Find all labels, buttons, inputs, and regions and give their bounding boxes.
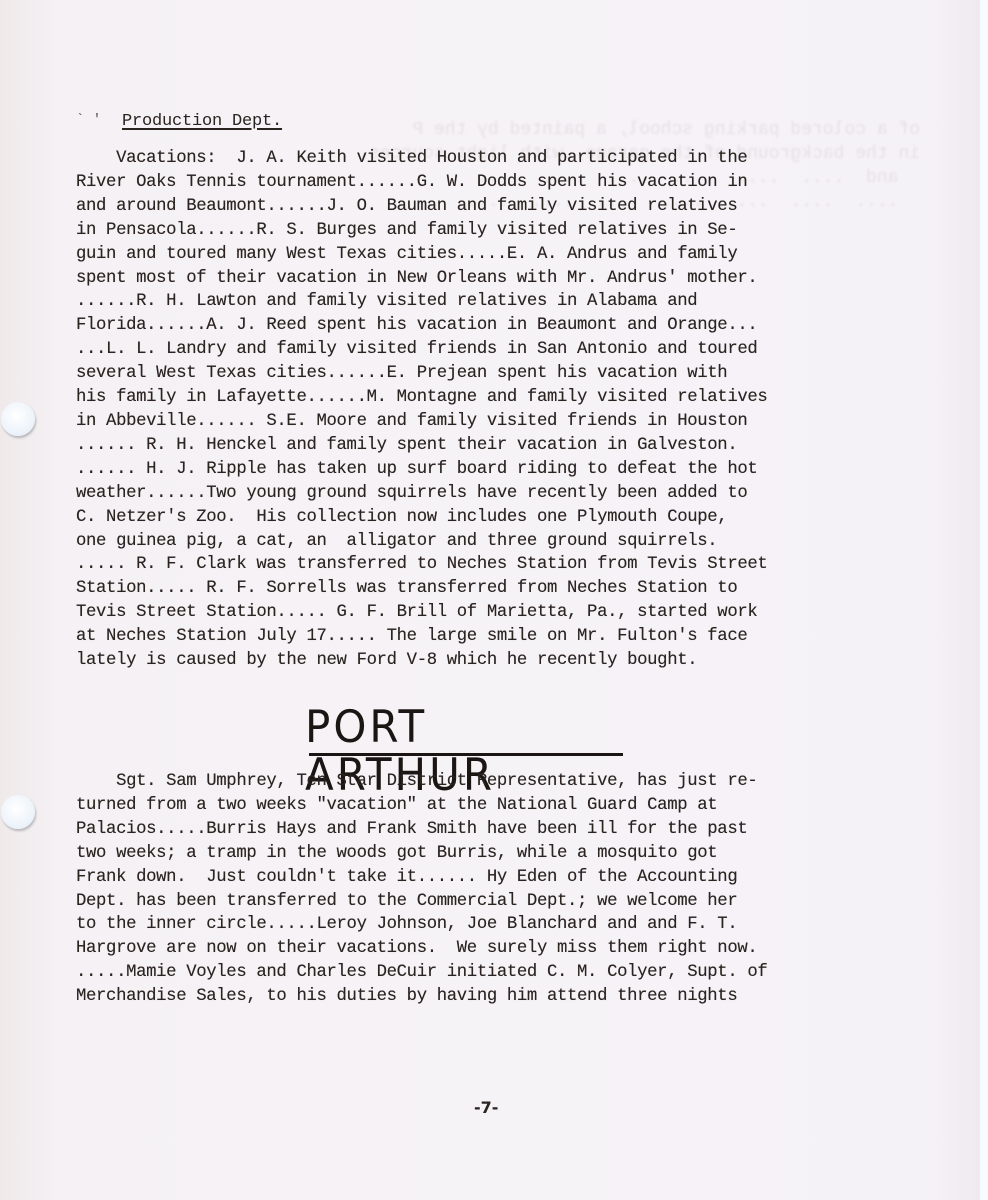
- text-line: ..... R. F. Clark was transferred to Nec…: [76, 553, 916, 577]
- text-line: guin and toured many West Texas cities..…: [76, 243, 916, 267]
- section-heading-production: Production Dept.: [122, 112, 282, 131]
- port-arthur-paragraph: Sgt. Sam Umphrey, Ten Star District Repr…: [76, 770, 916, 1009]
- page-edge: [980, 0, 988, 1200]
- text-line: Station..... R. F. Sorrells was transfer…: [76, 577, 916, 601]
- text-line: Sgt. Sam Umphrey, Ten Star District Repr…: [76, 770, 916, 794]
- text-line: Palacios.....Burris Hays and Frank Smith…: [76, 818, 916, 842]
- text-line: to the inner circle.....Leroy Johnson, J…: [76, 913, 916, 937]
- text-line: at Neches Station July 17..... The large…: [76, 625, 916, 649]
- text-line: several West Texas cities......E. Prejea…: [76, 362, 916, 386]
- heading-underline: [309, 753, 623, 756]
- text-line: two weeks; a tramp in the woods got Burr…: [76, 842, 916, 866]
- margin-mark: ` ': [76, 112, 101, 128]
- text-line: ...... H. J. Ripple has taken up surf bo…: [76, 458, 916, 482]
- text-line: Florida......A. J. Reed spent his vacati…: [76, 314, 916, 338]
- text-line: Dept. has been transferred to the Commer…: [76, 890, 916, 914]
- text-line: .....Mamie Voyles and Charles DeCuir ini…: [76, 961, 916, 985]
- text-line: ...L. L. Landry and family visited frien…: [76, 338, 916, 362]
- text-line: Tevis Street Station..... G. F. Brill of…: [76, 601, 916, 625]
- text-line: lately is caused by the new Ford V-8 whi…: [76, 649, 916, 673]
- text-line: one guinea pig, a cat, an alligator and …: [76, 530, 916, 554]
- text-line: weather......Two young ground squirrels …: [76, 482, 916, 506]
- text-line: River Oaks Tennis tournament......G. W. …: [76, 171, 916, 195]
- text-line: his family in Lafayette......M. Montagne…: [76, 386, 916, 410]
- text-line: spent most of their vacation in New Orle…: [76, 267, 916, 291]
- text-line: in Abbeville...... S.E. Moore and family…: [76, 410, 916, 434]
- text-line: Vacations: J. A. Keith visited Houston a…: [76, 147, 916, 171]
- text-line: in Pensacola......R. S. Burges and famil…: [76, 219, 916, 243]
- text-line: and around Beaumont......J. O. Bauman an…: [76, 195, 916, 219]
- text-line: Frank down. Just couldn't take it...... …: [76, 866, 916, 890]
- text-line: C. Netzer's Zoo. His collection now incl…: [76, 506, 916, 530]
- punch-hole: [1, 795, 35, 829]
- text-line: turned from a two weeks "vacation" at th…: [76, 794, 916, 818]
- text-line: Hargrove are now on their vacations. We …: [76, 937, 916, 961]
- production-dept-paragraph: Vacations: J. A. Keith visited Houston a…: [76, 147, 916, 673]
- section-heading-text: Production Dept.: [122, 112, 282, 131]
- document-page: of a colored parking school, a painted b…: [0, 0, 981, 1200]
- text-line: ......R. H. Lawton and family visited re…: [76, 290, 916, 314]
- page-number: -7-: [474, 1098, 498, 1117]
- text-line: Merchandise Sales, to his duties by havi…: [76, 985, 916, 1009]
- text-line: ...... R. H. Henckel and family spent th…: [76, 434, 916, 458]
- punch-hole: [1, 402, 35, 436]
